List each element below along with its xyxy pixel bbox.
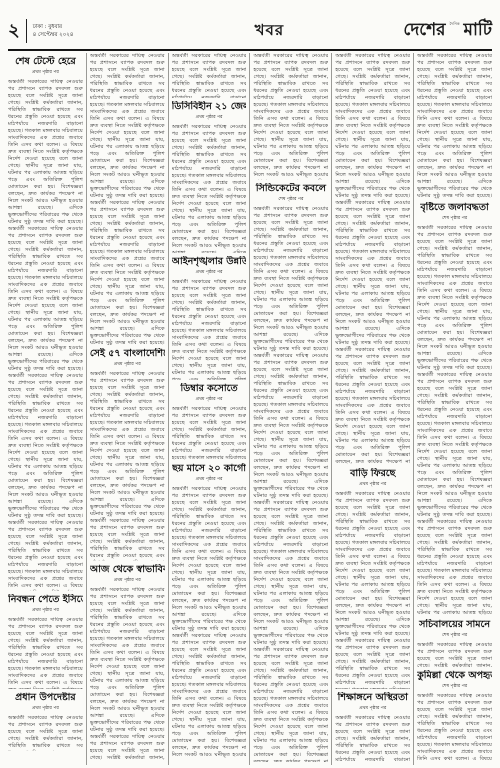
section-title: খবর bbox=[255, 19, 284, 44]
continuation-label: শেষ পৃষ্ঠার পর bbox=[253, 196, 328, 203]
article-body-text: অন্তর্বর্তী সরকারের দায়িত্ব নেওয়ার পর … bbox=[8, 715, 83, 751]
article-body-text: অন্তর্বর্তী সরকারের দায়িত্ব নেওয়ার পর … bbox=[172, 124, 247, 253]
newspaper-page: ২ ঢাকা : বুধবার ৪ সেপ্টেম্বর ২০২৪ খবর দে… bbox=[0, 0, 500, 768]
article-headline: ডিসিবিহীন ২১ জেলা bbox=[172, 101, 247, 113]
continuation-label: প্রথম পৃষ্ঠার পর bbox=[172, 269, 247, 276]
dateline-city-day: ঢাকা : বুধবার bbox=[33, 24, 62, 30]
continuation-label: শেষ পৃষ্ঠার পর bbox=[417, 215, 492, 222]
article-body-text: অন্তর্বর্তী সরকারের দায়িত্ব নেওয়ার পর … bbox=[8, 617, 83, 689]
continuation-label: প্রথম পৃষ্ঠার পর bbox=[172, 114, 247, 121]
article-headline: কুমিল্লা থেকে অপহৃত bbox=[417, 670, 492, 682]
page-number: ২ bbox=[8, 22, 20, 40]
article-headline: বৃষ্টিতে জলাবদ্ধতা bbox=[417, 202, 492, 214]
brand-dot-icon: দৈনিক bbox=[449, 27, 461, 39]
article-body-text: অন্তর্বর্তী সরকারের দায়িত্ব নেওয়ার পর … bbox=[417, 53, 492, 199]
continuation-label: শেষ পৃষ্ঠার পর bbox=[417, 683, 492, 690]
header-rule bbox=[8, 49, 492, 51]
article-body-text: অন্তর্বর্তী সরকারের দায়িত্ব নেওয়ার পর … bbox=[335, 715, 410, 761]
continuation-label: প্রথম পৃষ্ঠার পর bbox=[8, 607, 83, 614]
brand-word-1: দেশের bbox=[403, 17, 445, 45]
article-body-text: অন্তর্বর্তী সরকারের দায়িত্ব নেওয়ার পর … bbox=[8, 79, 83, 591]
newspaper-column-5: অন্তর্বর্তী সরকারের দায়িত্ব নেওয়ার পর … bbox=[331, 53, 413, 765]
page-header: ২ ঢাকা : বুধবার ৪ সেপ্টেম্বর ২০২৪ খবর দে… bbox=[8, 16, 492, 46]
article-body-text: অন্তর্বর্তী সরকারের দায়িত্ব নেওয়ার পর … bbox=[90, 371, 165, 561]
continuation-label: প্রথম পৃষ্ঠার পর bbox=[335, 705, 410, 712]
article-body-text: অন্তর্বর্তী সরকারের দায়িত্ব নেওয়ার পর … bbox=[172, 406, 247, 460]
newspaper-column-4: অন্তর্বর্তী সরকারের দায়িত্ব নেওয়ার পর … bbox=[249, 53, 331, 765]
article-body-text: অন্তর্বর্তী সরকারের দায়িত্ব নেওয়ার পর … bbox=[172, 53, 247, 98]
article-headline: আইনশৃঙ্খলার উন্নতি-মাস bbox=[172, 256, 247, 268]
dateline-date: ৪ সেপ্টেম্বর ২০২৪ bbox=[33, 32, 74, 38]
newspaper-column-6: অন্তর্বর্তী সরকারের দায়িত্ব নেওয়ার পর … bbox=[413, 53, 492, 765]
brand-word-2: মাটি bbox=[464, 17, 493, 45]
article-headline: নিবন্ধন পেতে ইসিতে bbox=[8, 594, 83, 606]
article-body-text: অন্তর্বর্তী সরকারের দায়িত্ব নেওয়ার পর … bbox=[172, 486, 247, 759]
newspaper-column-1: শেষ টেস্টে হেরেপ্রথম পৃষ্ঠার পরঅন্তর্বর্… bbox=[8, 53, 86, 765]
article-headline: প্রধান উপদেষ্টার bbox=[8, 692, 83, 704]
article-headline: সেই ৫৭ বাংলাদেশিকে bbox=[90, 348, 165, 360]
article-body-text: অন্তর্বর্তী সরকারের দায়িত্ব নেওয়ার পর … bbox=[172, 279, 247, 380]
header-divider bbox=[26, 19, 27, 43]
continuation-label: প্রথম পৃষ্ঠার পর bbox=[335, 481, 410, 488]
brand-tagline: দৈনিক bbox=[449, 21, 459, 28]
article-body-text: অন্তর্বর্তী সরকারের দায়িত্ব নেওয়ার পর … bbox=[417, 642, 492, 667]
article-body-text: অন্তর্বর্তী সরকারের দায়িত্ব নেওয়ার পর … bbox=[90, 587, 165, 761]
article-headline: শিক্ষাঙ্গনে অস্থিরতা bbox=[335, 692, 410, 704]
article-body-text: অন্তর্বর্তী সরকারের দায়িত্ব নেওয়ার পর … bbox=[335, 53, 410, 465]
continuation-label: প্রথম পৃষ্ঠার পর bbox=[8, 69, 83, 76]
continuation-label: প্রথম পৃষ্ঠার পর bbox=[172, 476, 247, 483]
continuation-label: প্রথম পৃষ্ঠার পর bbox=[90, 577, 165, 584]
article-body-text: অন্তর্বর্তী সরকারের দায়িত্ব নেওয়ার পর … bbox=[335, 491, 410, 689]
article-headline: সিন্ডিকেটের কবলে bbox=[253, 183, 328, 195]
continuation-label: প্রথম পৃষ্ঠার পর bbox=[172, 396, 247, 403]
columns-area: শেষ টেস্টে হেরেপ্রথম পৃষ্ঠার পরঅন্তর্বর্… bbox=[8, 53, 492, 765]
newspaper-brand: দেশের দৈনিক মাটি bbox=[403, 17, 492, 45]
continuation-label: শেষ পৃষ্ঠার পর bbox=[417, 632, 492, 639]
article-headline: ছয় মাসে ২০ কার্গো bbox=[172, 463, 247, 475]
newspaper-column-3: অন্তর্বর্তী সরকারের দায়িত্ব নেওয়ার পর … bbox=[168, 53, 250, 765]
article-body-text: অন্তর্বর্তী সরকারের দায়িত্ব নেওয়ার পর … bbox=[90, 53, 165, 345]
article-headline: শেষ টেস্টে হেরে bbox=[8, 56, 83, 68]
article-headline: আজ থেকে স্বাভাবিক bbox=[90, 564, 165, 576]
article-headline: সচিবালয়ের সামনে bbox=[417, 619, 492, 631]
article-headline: বাড়ি ফিরছে bbox=[335, 468, 410, 480]
continuation-label: প্রথম পৃষ্ঠার পর bbox=[90, 361, 165, 368]
newspaper-column-2: অন্তর্বর্তী সরকারের দায়িত্ব নেওয়ার পর … bbox=[86, 53, 168, 765]
article-headline: ডিম্বার কসোতে bbox=[172, 383, 247, 395]
article-body-text: অন্তর্বর্তী সরকারের দায়িত্ব নেওয়ার পর … bbox=[253, 53, 328, 180]
article-body-text: অন্তর্বর্তী সরকারের দায়িত্ব নেওয়ার পর … bbox=[417, 225, 492, 616]
article-body-text: অন্তর্বর্তী সরকারের দায়িত্ব নেওয়ার পর … bbox=[253, 206, 328, 762]
article-body-text: অন্তর্বর্তী সরকারের দায়িত্ব নেওয়ার পর … bbox=[417, 693, 492, 760]
dateline: ঢাকা : বুধবার ৪ সেপ্টেম্বর ২০২৪ bbox=[33, 23, 74, 39]
continuation-label: প্রথম পৃষ্ঠার পর bbox=[8, 705, 83, 712]
